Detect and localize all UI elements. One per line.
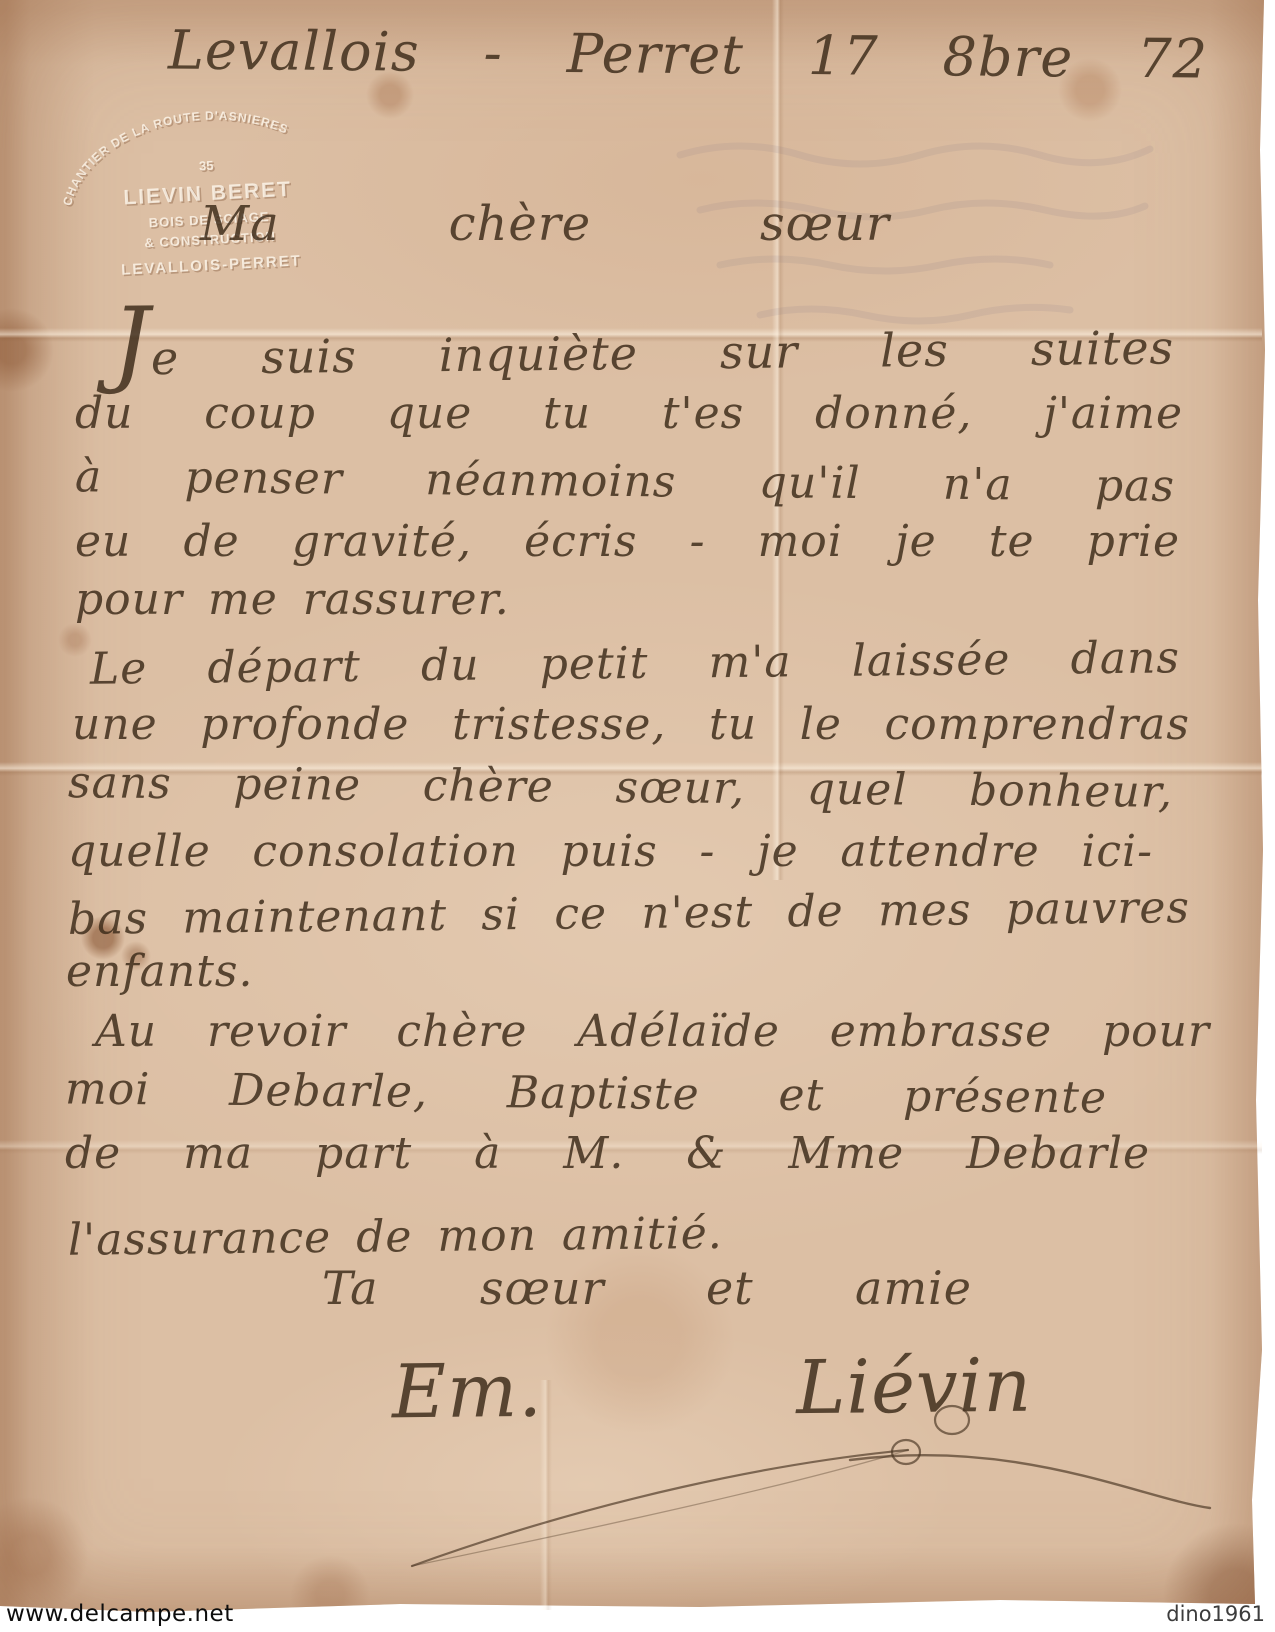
letter-line: pour me rassurer. <box>75 578 975 622</box>
letter-line: quelle consolation puis - je attendre ic… <box>68 830 1153 874</box>
watermark-username: dino1961 <box>1166 1602 1265 1626</box>
dateline: Levallois - Perret 17 8bre 72 <box>168 23 1208 86</box>
letter-line: l'assurance de mon amitié. <box>68 1211 788 1263</box>
letter-line: Le départ du petit m'a laissée dans <box>90 636 1180 691</box>
letter-line: du coup que tu t'es donné, j'aime <box>75 392 1183 436</box>
letter-line: Je suis inquiète sur les suites <box>112 296 1175 381</box>
signature: Em. Liévin <box>392 1349 1033 1430</box>
letter-line: moi Debarle, Baptiste et présente <box>65 1067 1107 1120</box>
letter-line: enfants. <box>66 950 666 994</box>
salutation: Ma chère sœur <box>200 200 890 248</box>
closing: Ta sœur et amie <box>322 1265 972 1311</box>
letter-line: Au revoir chère Adélaïde embrasse pour <box>95 1010 1210 1054</box>
letter-line: de ma part à M. & Mme Debarle <box>65 1132 1150 1176</box>
embossed-letterhead: CHANTIER DE LA ROUTE D'ASNIERES 35 LIEVI… <box>45 66 376 292</box>
letter-line: eu de gravité, écris - moi je te prie <box>75 520 1180 564</box>
watermark-site: www.delcampe.net <box>6 1601 234 1627</box>
letter-line: une profonde tristesse, tu le comprendra… <box>72 703 1190 747</box>
letter-line: sans peine chère sœur, quel bonheur, <box>68 761 1173 815</box>
letter-line: bas maintenant si ce n'est de mes pauvre… <box>68 886 1190 942</box>
letterhead-number: 35 <box>199 158 214 174</box>
letter-line: à penser néanmoins qu'il n'a pas <box>75 455 1175 509</box>
